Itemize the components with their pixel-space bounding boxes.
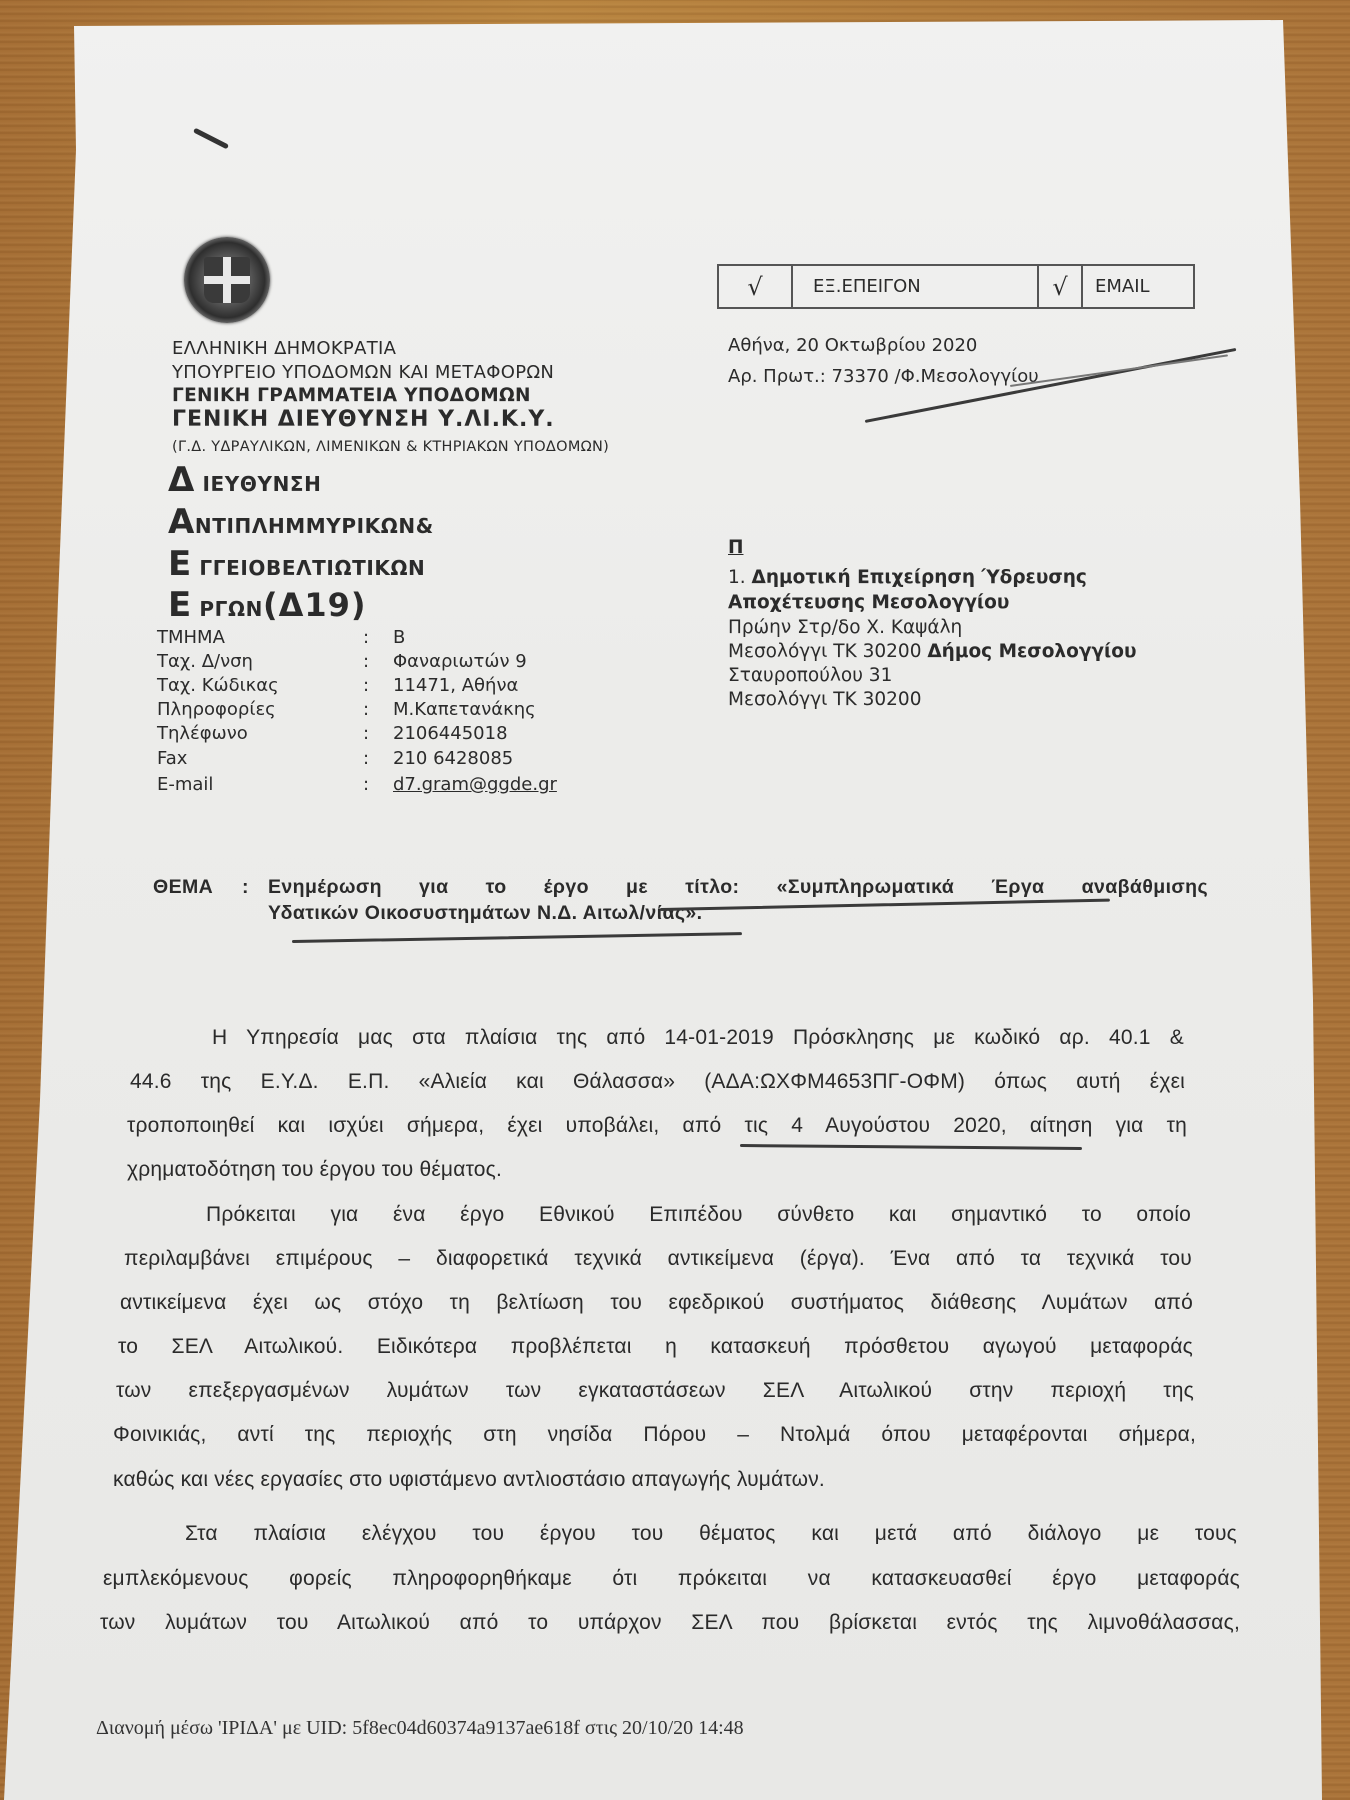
body-line: Η Υπηρεσία μας στα πλαίσια της από 14-01… [212, 1026, 1184, 1050]
body-line: καθώς και νέες εργασίες στο υφιστάμενο α… [113, 1468, 825, 1492]
recipient-line: 1. Δημοτική Επιχείρηση Ύδρευσης [728, 566, 1087, 591]
directorate-line-3: Ε ΓΓΕΙΟΒΕΛΤΙΩΤΙΚΩΝ [168, 544, 425, 584]
body-line: Πρόκειται για ένα έργο Εθνικού Επιπέδου … [206, 1203, 1191, 1227]
body-line: χρηματοδότηση του έργου του θέματος. [127, 1158, 502, 1182]
header-country: ΕΛΛΗΝΙΚΗ ΔΗΜΟΚΡΑΤΙΑ [172, 337, 396, 361]
email-link[interactable]: d7.gram@ggde.gr [393, 774, 557, 795]
header-ministry: ΥΠΟΥΡΓΕΙΟ ΥΠΟΔΟΜΩΝ ΚΑΙ ΜΕΤΑΦΟΡΩΝ [172, 361, 554, 385]
urgent-check-icon: √ [719, 266, 793, 307]
urgency-stamp: √ ΕΞ.ΕΠΕΙΓΟΝ √ EMAIL [717, 264, 1195, 309]
subject-line-1: Ενημέρωση για το έργο με τίτλο: «Συμπληρ… [268, 876, 1208, 899]
recipient-line: Μεσολόγγι ΤΚ 30200 [728, 688, 921, 713]
date-line: Αθήνα, 20 Οκτωβρίου 2020 [728, 335, 977, 356]
greek-coat-of-arms-icon [184, 237, 270, 323]
urgent-label: ΕΞ.ΕΠΕΙΓΟΝ [793, 266, 1039, 307]
body-line: των επεξεργασμένων λυμάτων των εγκαταστά… [116, 1379, 1194, 1403]
body-line: τροποποιηθεί και ισχύει σήμερα, έχει υπο… [127, 1114, 1187, 1138]
email-check-icon: √ [1039, 266, 1083, 307]
directorate-line-1: Δ ΙΕΥΘΥΝΣΗ [168, 460, 322, 500]
subject-label: ΘΕΜΑ [153, 876, 213, 899]
recipients-heading: Π [728, 536, 743, 561]
body-line: των λυμάτων του Αιτωλικού από το υπάρχον… [100, 1611, 1240, 1635]
recipient-line: Μεσολόγγι ΤΚ 30200 Δήμος Μεσολογγίου [728, 640, 1136, 665]
body-line: περιλαμβάνει επιμέρους – διαφορετικά τεχ… [124, 1247, 1192, 1271]
body-line: εμπλεκόμενους φορείς πληροφορηθήκαμε ότι… [103, 1567, 1240, 1591]
recipient-line: Αποχέτευσης Μεσολογγίου [728, 591, 1009, 616]
header-secretariat: ΓΕΝΙΚΗ ΓΡΑΜΜΑΤΕΙΑ ΥΠΟΔΟΜΩΝ [172, 384, 531, 408]
protocol-line: Αρ. Πρωτ.: 73370 /Φ.Μεσολογγίου [728, 366, 1039, 387]
body-line: το ΣΕΛ Αιτωλικού. Ειδικότερα προβλέπεται… [118, 1335, 1193, 1359]
directorate-line-2: ΑΝΤΙΠΛΗΜΜΥΡΙΚΩΝ& [168, 502, 434, 542]
body-line: αντικείμενα έχει ως στόχο τη βελτίωση το… [120, 1291, 1193, 1315]
recipient-line: Σταυροπούλου 31 [728, 664, 892, 689]
header-directorate-general: ΓΕΝΙΚΗ ΔΙΕΥΘΥΝΣΗ Υ.ΛΙ.Κ.Υ. [172, 408, 555, 432]
email-label: EMAIL [1083, 266, 1193, 307]
directorate-line-4: Ε ΡΓΩΝ(Δ19) [168, 585, 367, 625]
body-line: Φοινικιάς, αντί της περιοχής στη νησίδα … [113, 1423, 1196, 1447]
recipient-line: Πρώην Στρ/δο Χ. Καψάλη [728, 616, 962, 641]
distribution-footer: Διανομή μέσω 'ΙΡΙΔΑ' με UID: 5f8ec04d603… [96, 1717, 744, 1740]
subject-separator: : [242, 876, 249, 899]
header-directorate-general-full: (Γ.Δ. ΥΔΡΑΥΛΙΚΩΝ, ΛΙΜΕΝΙΚΩΝ & ΚΤΗΡΙΑΚΩΝ … [172, 435, 609, 459]
subject-line-2: Υδατικών Οικοσυστημάτων Ν.Δ. Αιτωλ/νίας»… [268, 902, 702, 925]
body-line: 44.6 της Ε.Υ.Δ. Ε.Π. «Αλιεία και Θάλασσα… [130, 1070, 1185, 1094]
body-line: Στα πλαίσια ελέγχου του έργου του θέματο… [185, 1522, 1237, 1546]
